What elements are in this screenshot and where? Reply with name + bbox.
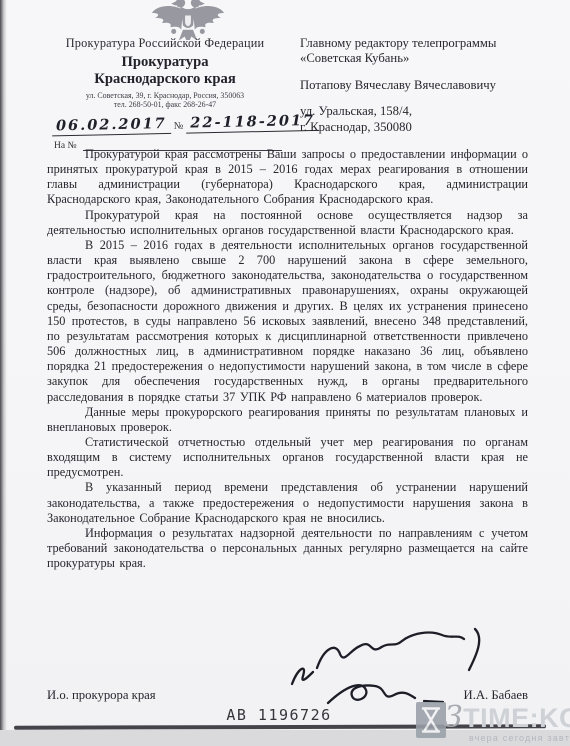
double-headed-eagle-icon (146, 0, 230, 40)
outgoing-date-number-row: 06.02.2017 № 22-118-2017 (52, 113, 284, 137)
scan-left-edge-shadow (0, 0, 7, 731)
handwritten-date: 06.02.2017 (52, 115, 171, 136)
addressee-city: г. Краснодар, 350080 (300, 120, 546, 135)
letterhead-org-name-line2: Краснодарского края (38, 71, 292, 88)
signer-title: И.о. прокурора края (47, 688, 156, 703)
watermark-tagline: вчера сегодня завтра (469, 733, 570, 743)
paragraph-7: Информация о результатах надзорной деяте… (47, 526, 528, 571)
watermark-brand: 3TIME:KG (444, 700, 570, 735)
paragraph-2: Прокуратурой края на постоянной основе о… (47, 208, 528, 238)
letterhead-federation-line: Прокуратура Российской Федерации (38, 36, 292, 51)
watermark-logo-box (416, 702, 446, 738)
letterhead-address: ул. Советская, 39, г. Краснодар, Россия,… (38, 91, 292, 100)
paragraph-1: Прокуратурой края рассмотрены Ваши запро… (47, 147, 528, 208)
watermark-brand-prefix: 3 (444, 700, 463, 735)
addressee-street: ул. Уральская, 158/4, (300, 104, 546, 119)
document-page: Прокуратура Российской Федерации Прокура… (0, 0, 570, 731)
addressee-name: Потапову Вячеславу Вячеславовичу (300, 78, 546, 93)
addressee-role-line1: Главному редактору телепрограммы (300, 36, 546, 51)
scanned-letter-screenshot: Прокуратура Российской Федерации Прокура… (0, 0, 570, 746)
addressee-role-line2: «Советская Кубань» (300, 51, 546, 66)
watermark-brand-name: TIME:KG (463, 703, 570, 733)
number-sign: № (171, 121, 187, 134)
letterhead: Прокуратура Российской Федерации Прокура… (38, 36, 292, 151)
paragraph-6: В указанный период времени представления… (47, 480, 528, 525)
letterhead-phone: тел. 268-50-01, факс 268-26-47 (38, 100, 292, 109)
paragraph-5: Статистической отчетностью отдельный уче… (47, 435, 528, 480)
paragraph-4: Данные меры прокурорского реагирования п… (47, 405, 528, 435)
addressee-block: Главному редактору телепрограммы «Советс… (300, 36, 546, 135)
paragraph-3: В 2015 – 2016 годах в деятельности испол… (47, 238, 528, 405)
russia-coat-of-arms (146, 0, 230, 40)
letterhead-org-name-line1: Прокуратура (38, 54, 292, 71)
letter-body: Прокуратурой края рассмотрены Ваши запро… (47, 147, 528, 571)
hourglass-icon (421, 706, 441, 734)
